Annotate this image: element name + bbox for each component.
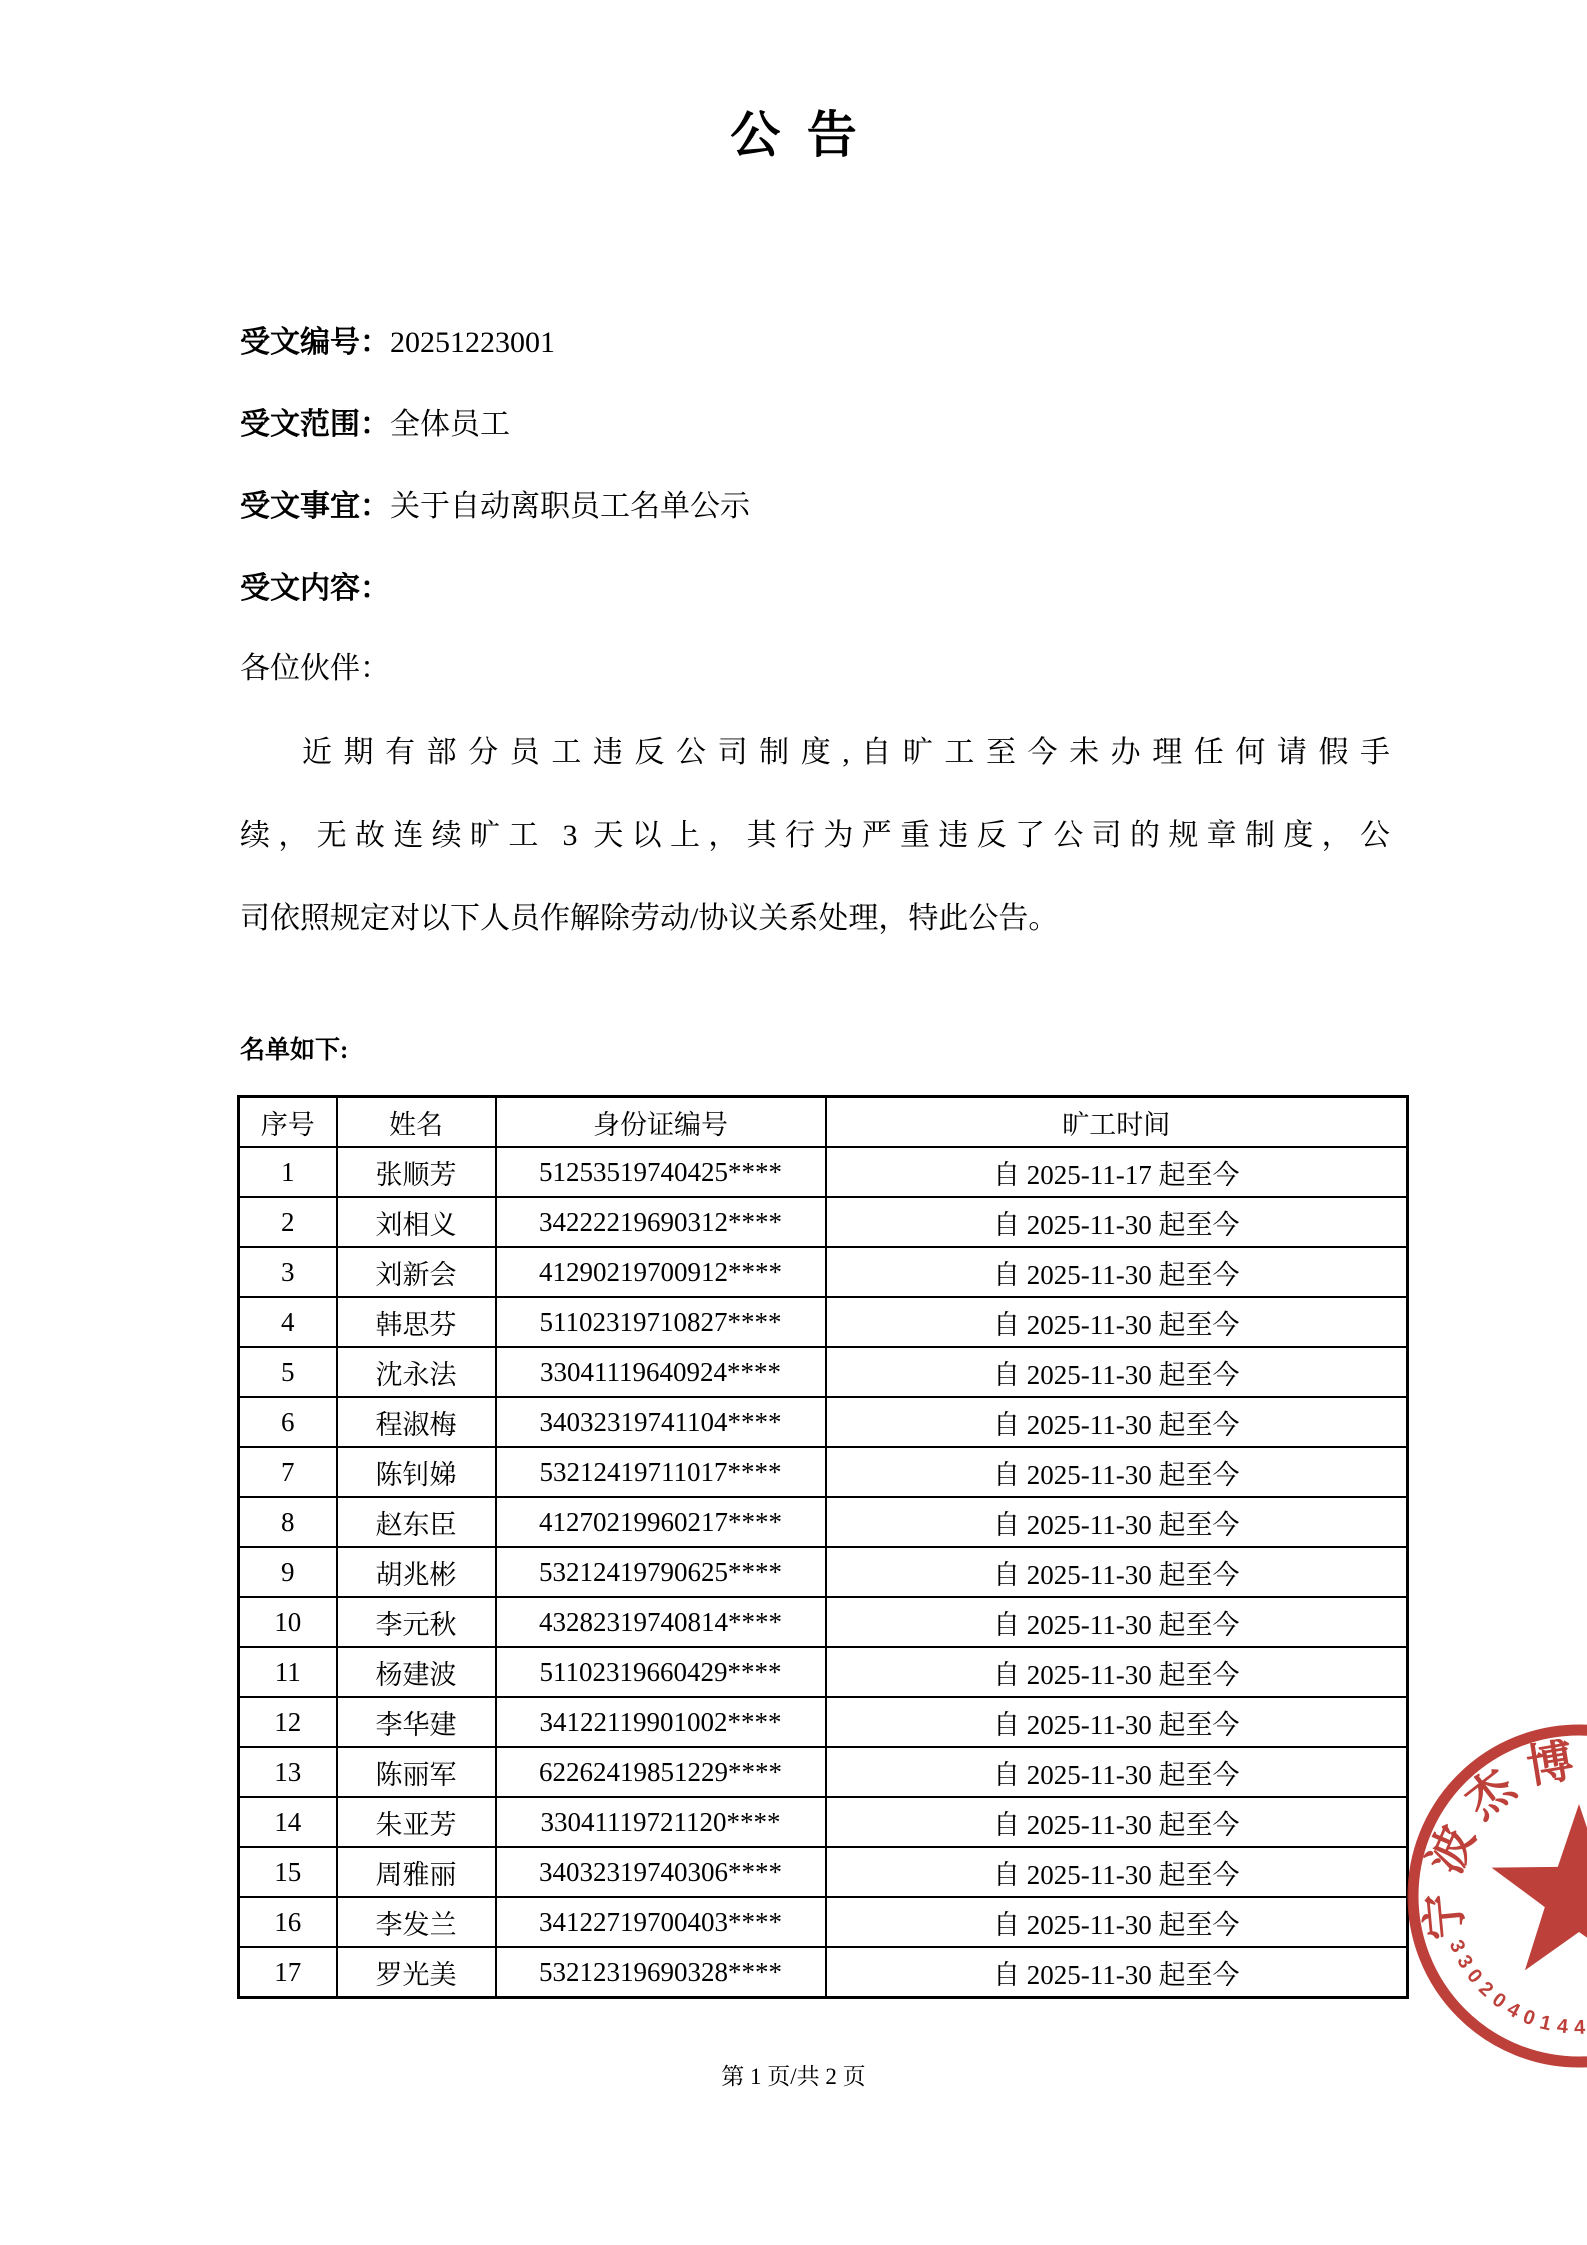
table-row: 8赵东臣41270219960217****自 2025-11-30 起至今 xyxy=(239,1497,1408,1547)
table-row: 9胡兆彬53212419790625****自 2025-11-30 起至今 xyxy=(239,1547,1408,1597)
body-line: 续，无故连续旷工 3 天以上，其行为严重违反了公司的规章制度，公 xyxy=(240,814,1390,858)
table-row: 14朱亚芳33041119721120****自 2025-11-30 起至今 xyxy=(239,1797,1408,1847)
salutation: 各位伙伴： xyxy=(240,648,1400,690)
list-label: 名单如下: xyxy=(240,1030,348,1066)
table-row: 7陈钊娣53212419711017****自 2025-11-30 起至今 xyxy=(239,1447,1408,1497)
table-row: 6程淑梅34032319741104****自 2025-11-30 起至今 xyxy=(239,1397,1408,1447)
stamp-star-icon xyxy=(1492,1804,1587,1970)
body-line: 近期有部分员工违反公司制度,自旷工至今未办理任何请假手 xyxy=(240,731,1390,775)
field-doc-subject-label: 受文事宜： xyxy=(240,490,390,523)
field-doc-scope: 受文范围：全体员工 xyxy=(240,404,1400,446)
field-doc-scope-value: 全体员工 xyxy=(390,408,510,441)
field-doc-number: 受文编号：20251223001 xyxy=(240,322,1400,364)
table-row: 10李元秋43282319740814****自 2025-11-30 起至今 xyxy=(239,1597,1408,1647)
col-header-absence: 旷工时间 xyxy=(826,1097,1408,1148)
col-header-index: 序号 xyxy=(239,1097,337,1148)
table-body: 1张顺芳51253519740425****自 2025-11-17 起至今2刘… xyxy=(239,1147,1408,1998)
field-doc-number-label: 受文编号： xyxy=(240,326,390,359)
table-row: 17罗光美53212319690328****自 2025-11-30 起至今 xyxy=(239,1947,1408,1998)
absence-roster-table: 序号 姓名 身份证编号 旷工时间 1张顺芳51253519740425****自… xyxy=(237,1095,1409,1999)
field-doc-content: 受文内容： xyxy=(240,568,1400,610)
company-stamp-icon: 宁波杰博 3302040144565 xyxy=(1379,1696,1587,2096)
table-row: 13陈丽军62262419851229****自 2025-11-30 起至今 xyxy=(239,1747,1408,1797)
page-title: 公 告 xyxy=(0,95,1587,167)
table-row: 12李华建34122119901002****自 2025-11-30 起至今 xyxy=(239,1697,1408,1747)
table-row: 15周雅丽34032319740306****自 2025-11-30 起至今 xyxy=(239,1847,1408,1897)
table-row: 1张顺芳51253519740425****自 2025-11-17 起至今 xyxy=(239,1147,1408,1197)
table-row: 11杨建波51102319660429****自 2025-11-30 起至今 xyxy=(239,1647,1408,1697)
table-row: 3刘新会41290219700912****自 2025-11-30 起至今 xyxy=(239,1247,1408,1297)
table-row: 2刘相义34222219690312****自 2025-11-30 起至今 xyxy=(239,1197,1408,1247)
col-header-id: 身份证编号 xyxy=(496,1097,826,1148)
table-row: 16李发兰34122719700403****自 2025-11-30 起至今 xyxy=(239,1897,1408,1947)
field-doc-subject-value: 关于自动离职员工名单公示 xyxy=(390,490,750,523)
col-header-name: 姓名 xyxy=(337,1097,496,1148)
body-line: 司依照规定对以下人员作解除劳动/协议关系处理，特此公告。 xyxy=(240,897,1390,941)
table-header-row: 序号 姓名 身份证编号 旷工时间 xyxy=(239,1097,1408,1148)
table-row: 5沈永法33041119640924****自 2025-11-30 起至今 xyxy=(239,1347,1408,1397)
field-doc-number-value: 20251223001 xyxy=(390,326,555,359)
field-doc-subject: 受文事宜：关于自动离职员工名单公示 xyxy=(240,486,1400,528)
table-row: 4韩思芬51102319710827****自 2025-11-30 起至今 xyxy=(239,1297,1408,1347)
page-number: 第 1 页/共 2 页 xyxy=(0,2058,1587,2091)
field-doc-content-label: 受文内容： xyxy=(240,572,390,605)
field-doc-scope-label: 受文范围： xyxy=(240,408,390,441)
document-page: 公 告 受文编号：20251223001 受文范围：全体员工 受文事宜：关于自动… xyxy=(0,0,1587,2245)
